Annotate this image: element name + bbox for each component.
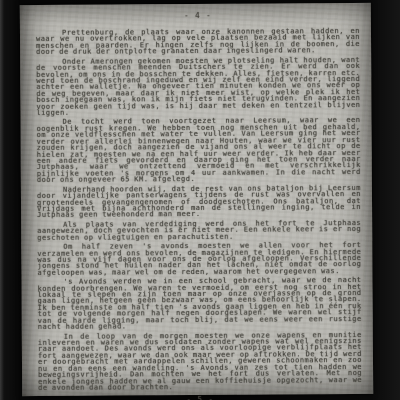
paragraph: Naderhand hoorden wij, dat de rest van o… xyxy=(37,185,361,219)
document-page: - 4 - Prettenburg, de plaats waar onze k… xyxy=(20,3,373,396)
paragraph: De tocht werd toen voortgezet naar Leers… xyxy=(37,117,361,183)
paragraph: Als plaats van verdediging werd ons het … xyxy=(37,220,361,241)
paragraph: Prettenburg, de plaats waar onze kanonne… xyxy=(36,28,360,56)
paragraph: Om half zeven 's avonds moesten we allen… xyxy=(37,242,361,276)
paragraph: 's Avonds werden we in een school gebrac… xyxy=(37,277,361,330)
paragraph: In de loop van de morgen moesten we onze… xyxy=(38,332,362,392)
typed-text-block: - 4 - Prettenburg, de plaats waar onze k… xyxy=(36,10,362,400)
page-number-footer: - 5 - xyxy=(38,394,362,400)
page-number-header: - 4 - xyxy=(36,10,360,21)
paragraph: Onder Amerongen gekomen moesten we plots… xyxy=(36,57,360,117)
photo-background: - 4 - Prettenburg, de plaats waar onze k… xyxy=(0,0,400,400)
